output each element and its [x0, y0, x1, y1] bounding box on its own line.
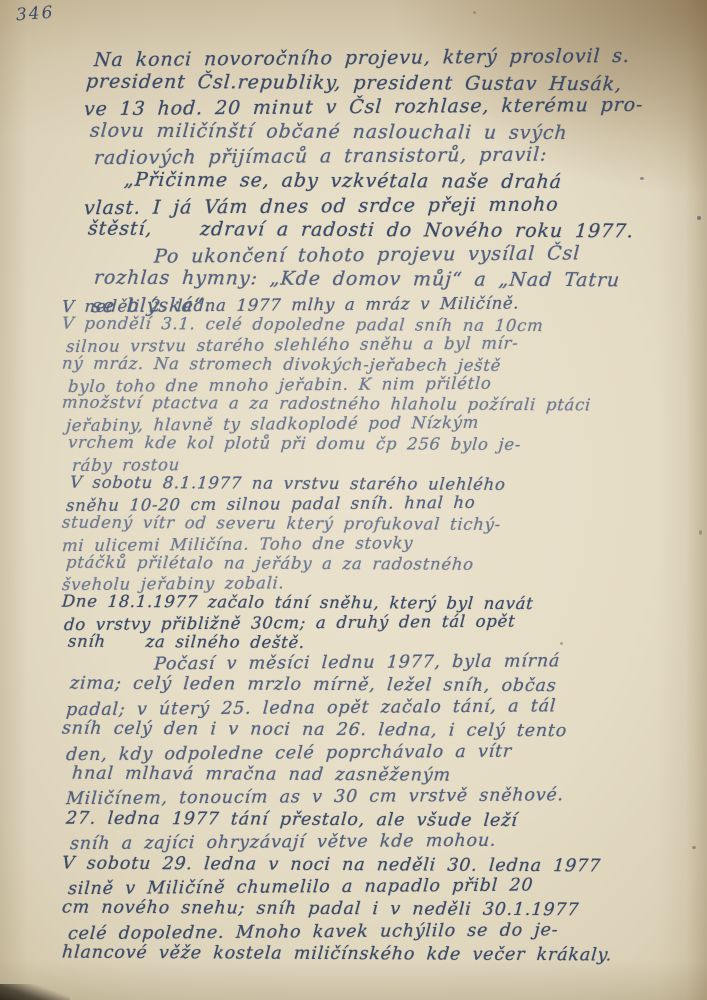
paper-speck [473, 11, 476, 14]
handwritten-line: ve 13 hod. 20 minut v Čsl rozhlase, kter… [83, 93, 644, 122]
handwritten-line: Miličínem, tonoucím as v 30 cm vrstvě sn… [61, 784, 613, 811]
page-number: 346 [15, 3, 55, 26]
handwritten-line: ný mráz. Na stromech divokých-jeřabech j… [61, 353, 592, 376]
paragraph-new-year-speech: Na konci novoročního projevu, který pros… [84, 46, 643, 317]
handwritten-line: sníh celý den i v noci na 26. ledna, i c… [61, 718, 613, 743]
handwritten-line: štěstí, zdraví a radosti do Nového roku … [83, 217, 644, 245]
paragraph-january-weather-diary: V neděli 2. ledna 1977 mlhy a mráz v Mil… [62, 295, 591, 653]
paper-speck [699, 530, 702, 535]
handwritten-line: „Přičinme se, aby vzkvétala naše drahá [83, 168, 644, 196]
paragraph-january-summary: Počasí v měsíci lednu 1977, byla mírnázi… [62, 652, 612, 965]
handwritten-line: rozhlas hymny: „Kde domov můj“ a „Nad Ta… [83, 266, 644, 294]
handwritten-line: cm nového snehu; sníh padal i v neděli 3… [61, 897, 613, 922]
handwritten-line: hlancové věže kostela miličínského kde v… [61, 942, 613, 967]
paper-speck [560, 642, 563, 645]
handwritten-line: Na konci novoročního projevu, který pros… [83, 44, 644, 73]
handwritten-line: sníh a zajíci ohryzávají větve kde mohou… [61, 829, 613, 856]
page-corner-shadow [0, 984, 70, 1000]
paper-speck [697, 216, 701, 220]
paper-speck [640, 177, 644, 180]
chronicle-page: 346 Na konci novoročního projevu, který … [0, 0, 707, 1000]
handwritten-line: radiových přijímaců a transistorů, pravi… [83, 142, 644, 171]
paper-speck [692, 846, 696, 849]
handwritten-line: zima; celý leden mrzlo mírně, ležel sníh… [61, 673, 613, 698]
